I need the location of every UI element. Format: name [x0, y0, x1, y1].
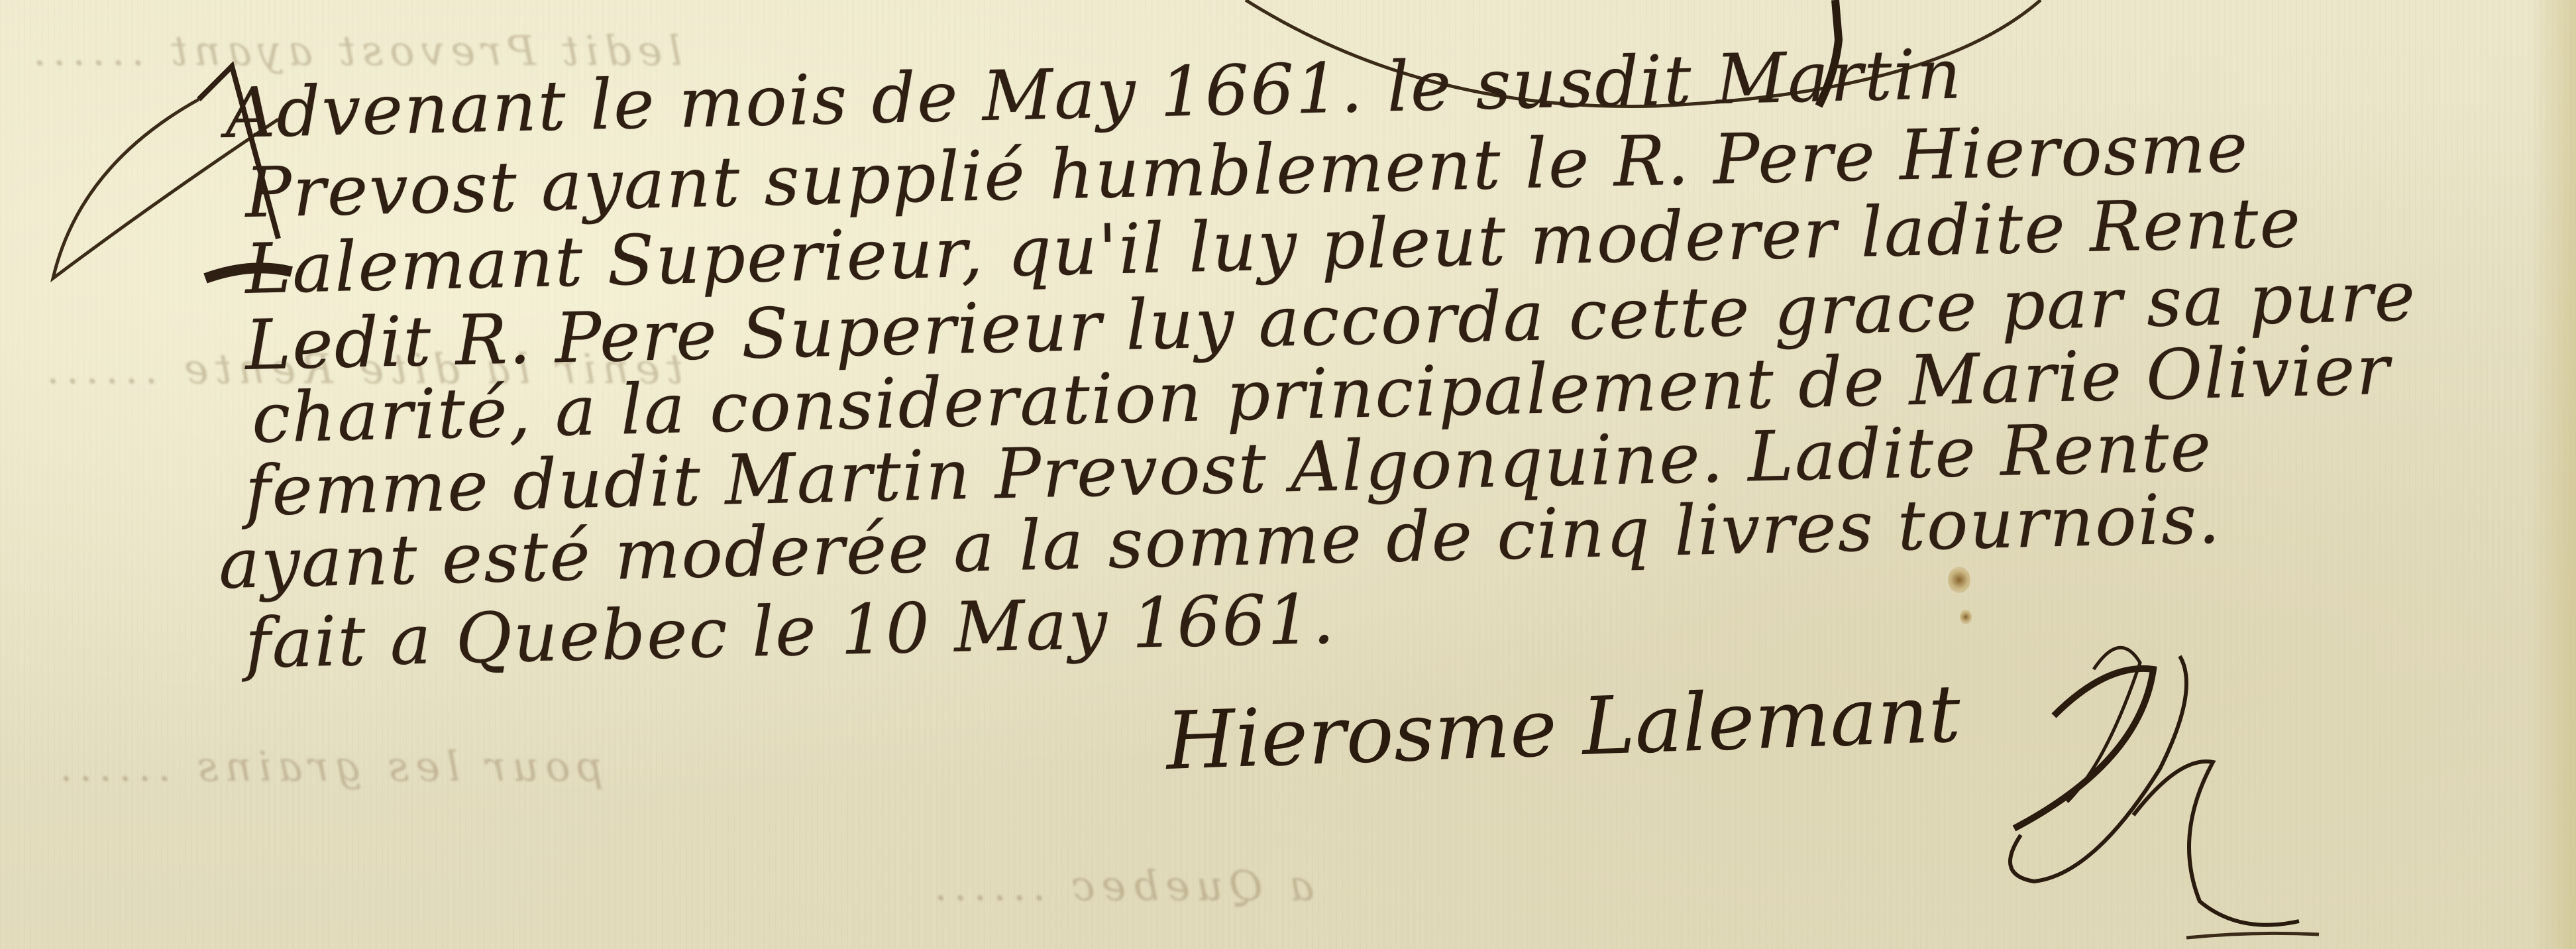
manuscript-page: ledit Prevost ayant ...... tenir la dite… — [0, 0, 2576, 949]
ink-stain — [1948, 567, 1970, 593]
ink-stain — [1960, 610, 1972, 624]
signature: Hierosme Lalemant — [1165, 668, 1962, 788]
bleed-through-text: pour les grains ...... — [53, 742, 603, 791]
bleed-through-text: a Quebec ...... — [928, 862, 1314, 910]
page-edge — [2530, 0, 2576, 949]
